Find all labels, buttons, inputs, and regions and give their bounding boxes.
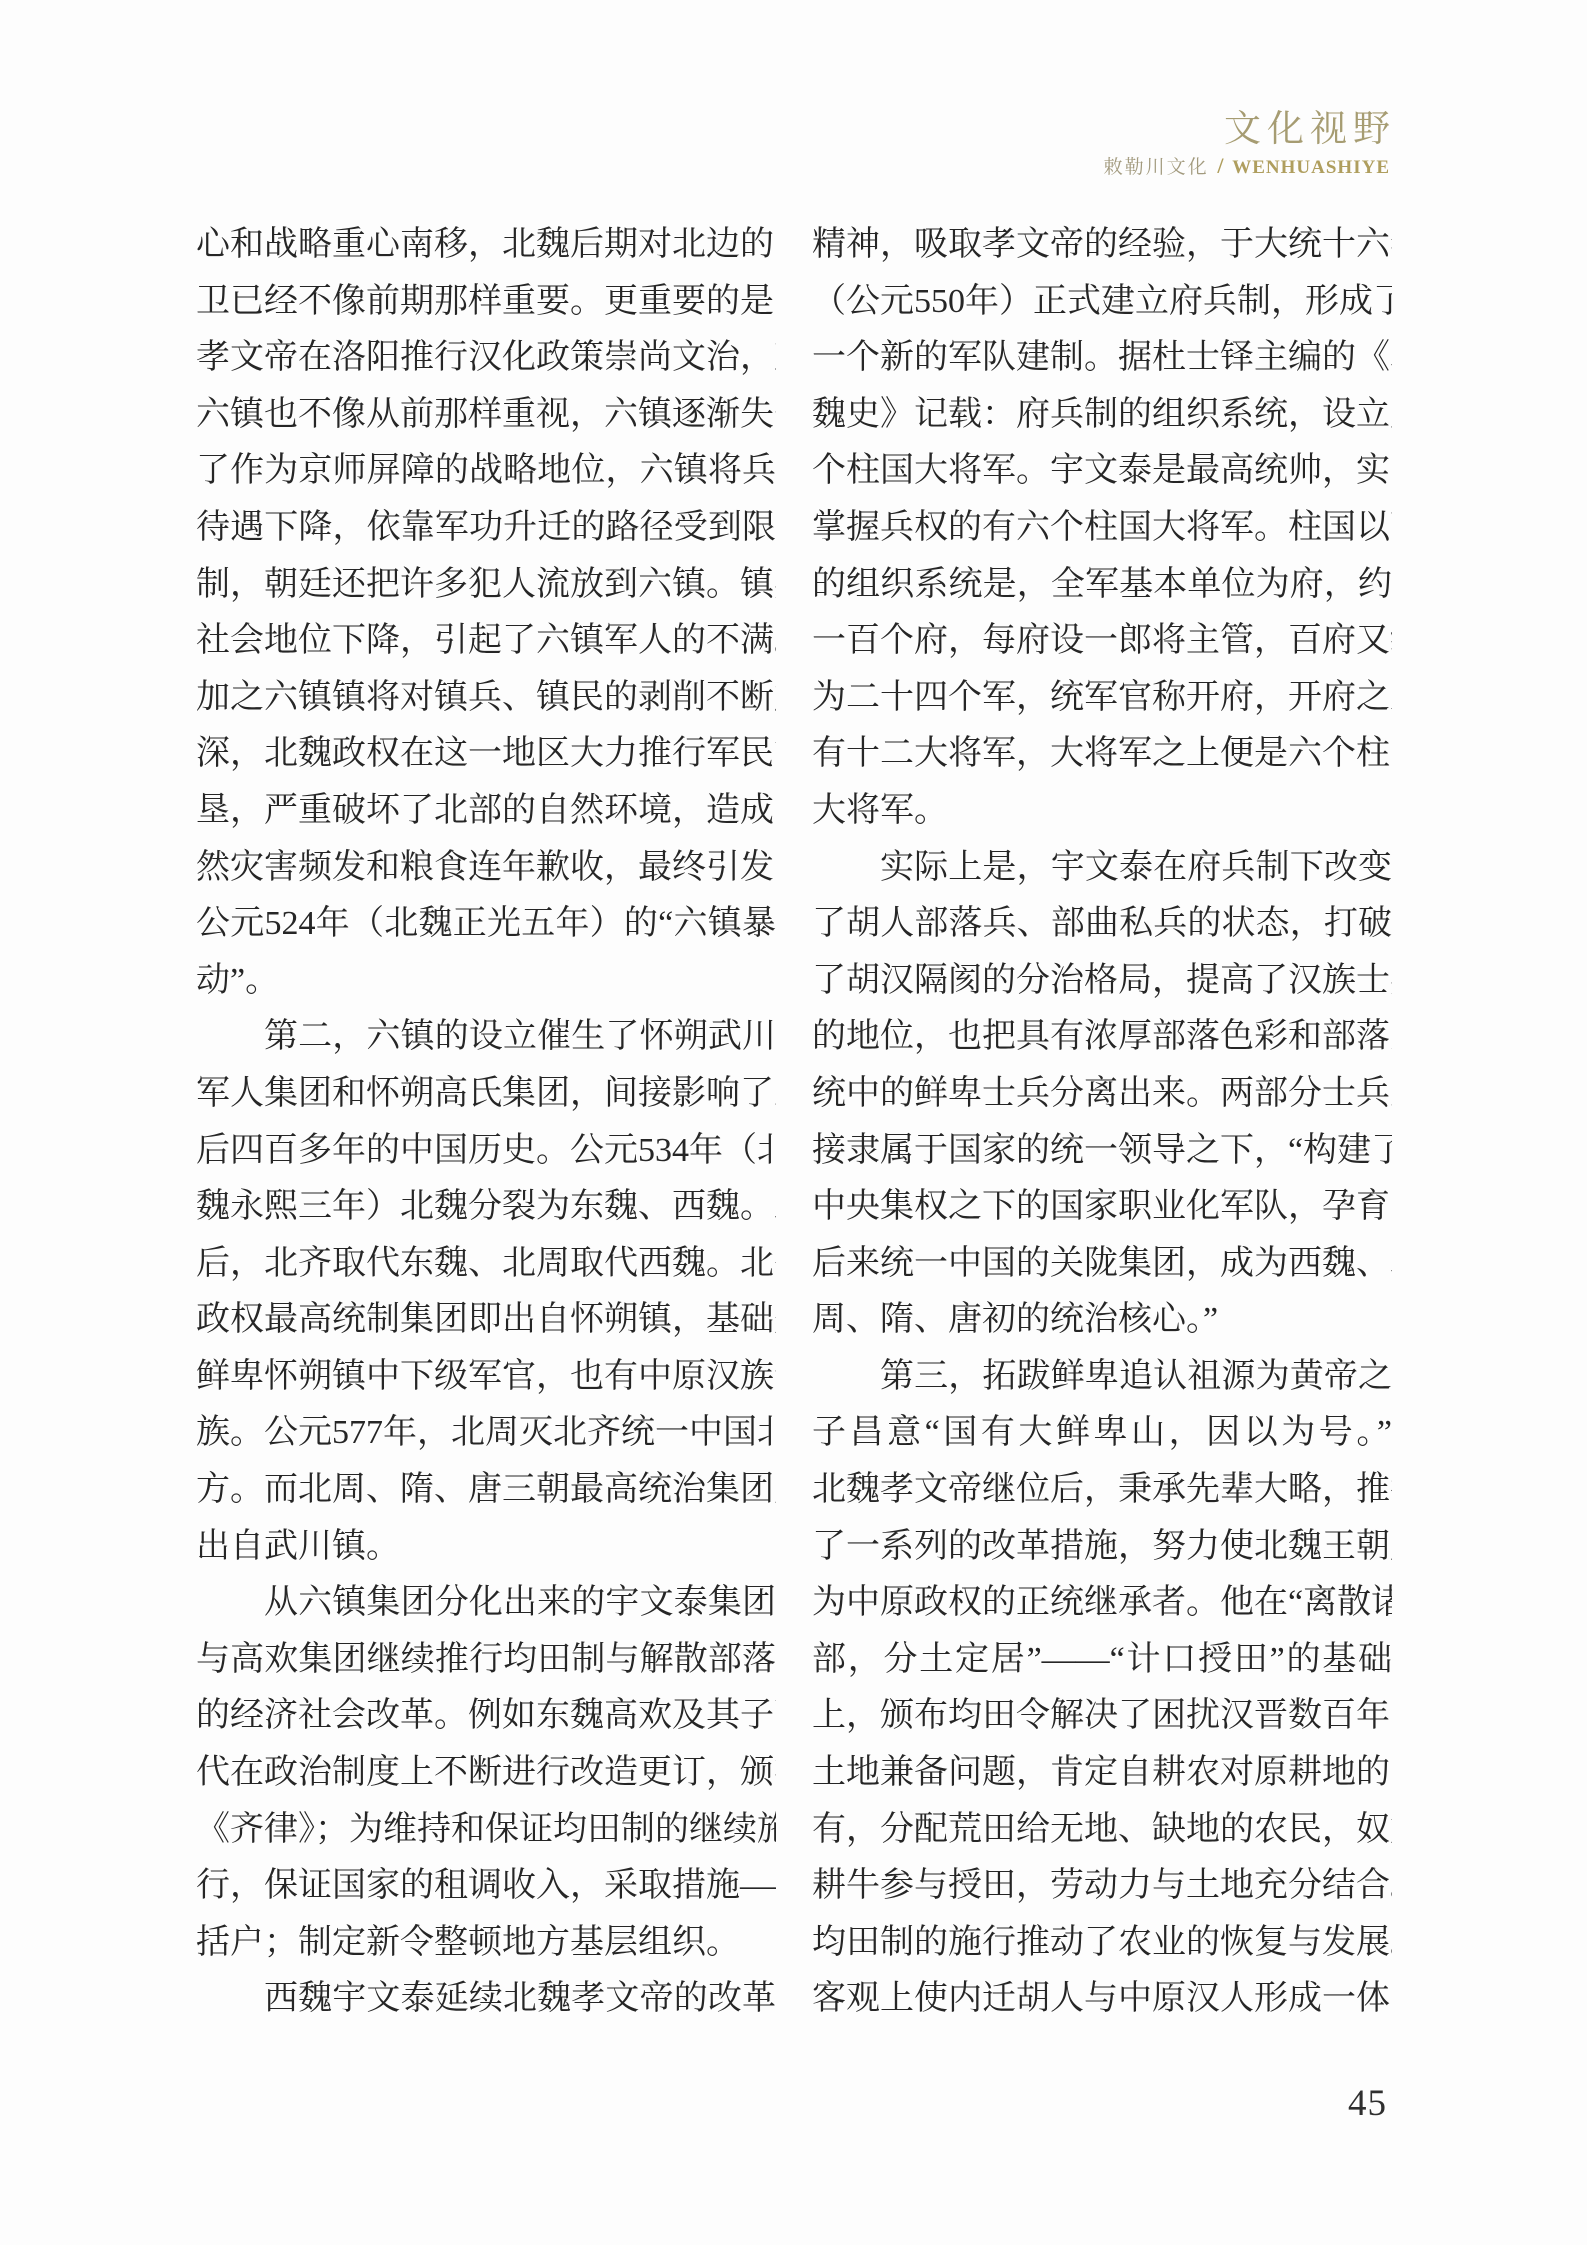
- text-line: 社会地位下降，引起了六镇军人的不满。: [196, 613, 776, 670]
- text-line: 军人集团和怀朔高氏集团，间接影响了此: [196, 1066, 776, 1123]
- text-line: 上，颁布均田令解决了困扰汉晋数百年的: [812, 1688, 1392, 1745]
- text-line: 实际上是，宇文泰在府兵制下改变: [812, 840, 1392, 897]
- text-column-left: 心和战略重心南移，北魏后期对北边的防卫已经不像前期那样重要。更重要的是，孝文帝在…: [196, 217, 776, 2028]
- text-line: 大将军。: [812, 783, 1392, 840]
- section-header: 文化视野 敕勒川文化 / WENHUASHIYE: [1104, 108, 1390, 179]
- text-column-right: 精神，吸取孝文帝的经验，于大统十六年（公元550年）正式建立府兵制，形成了一个新…: [812, 217, 1392, 2028]
- text-line: 括户；制定新令整顿地方基层组织。: [196, 1915, 776, 1972]
- text-line: 后四百多年的中国历史。公元534年（北: [196, 1123, 776, 1180]
- text-line: 然灾害频发和粮食连年歉收，最终引发了: [196, 840, 776, 897]
- text-line: 部，分土定居”——“计口授田”的基础: [812, 1632, 1392, 1689]
- text-line: 西魏宇文泰延续北魏孝文帝的改革: [196, 1971, 776, 2028]
- text-line: 的地位，也把具有浓厚部落色彩和部落系: [812, 1009, 1392, 1066]
- text-line: 第二，六镇的设立催生了怀朔武川: [196, 1009, 776, 1066]
- text-line: 垦，严重破坏了北部的自然环境，造成自: [196, 783, 776, 840]
- text-line: 加之六镇镇将对镇兵、镇民的剥削不断加: [196, 670, 776, 727]
- text-line: 后，北齐取代东魏、北周取代西魏。北齐: [196, 1236, 776, 1293]
- text-line: 统中的鲜卑士兵分离出来。两部分士兵直: [812, 1066, 1392, 1123]
- text-line: 鲜卑怀朔镇中下级军官，也有中原汉族士: [196, 1349, 776, 1406]
- text-line: （公元550年）正式建立府兵制，形成了: [812, 274, 1392, 331]
- text-line: 《齐律》；为维持和保证均田制的继续施: [196, 1802, 776, 1859]
- text-line: 为二十四个军，统军官称开府，开府之上: [812, 670, 1392, 727]
- text-line: 有十二大将军，大将军之上便是六个柱国: [812, 726, 1392, 783]
- text-line: 子昌意“国有大鲜卑山，因以为号。”: [812, 1405, 1392, 1462]
- text-line: 客观上使内迁胡人与中原汉人形成一体，: [812, 1971, 1392, 2028]
- text-line: 孝文帝在洛阳推行汉化政策崇尚文治，对: [196, 330, 776, 387]
- text-line: 方。而北周、隋、唐三朝最高统治集团则: [196, 1462, 776, 1519]
- text-line: 一个新的军队建制。据杜士铎主编的《北: [812, 330, 1392, 387]
- text-line: 魏永熙三年）北魏分裂为东魏、西魏。之: [196, 1179, 776, 1236]
- section-title: 文化视野: [1104, 108, 1396, 152]
- text-line: 魏史》记载：府兵制的组织系统，设立八: [812, 387, 1392, 444]
- text-line: 有，分配荒田给无地、缺地的农民，奴婢: [812, 1802, 1392, 1859]
- text-line: 耕牛参与授田，劳动力与土地充分结合。: [812, 1858, 1392, 1915]
- text-line: 公元524年（北魏正光五年）的“六镇暴: [196, 896, 776, 953]
- section-subtitle: 敕勒川文化 / WENHUASHIYE: [1104, 154, 1390, 179]
- subtitle-english: WENHUASHIYE: [1232, 157, 1390, 178]
- text-line: 行，保证国家的租调收入，采取措施——: [196, 1858, 776, 1915]
- text-line: 的组织系统是，全军基本单位为府，约: [812, 557, 1392, 614]
- subtitle-slash-divider: /: [1213, 153, 1227, 178]
- text-line: 政权最高统制集团即出自怀朔镇，基础是: [196, 1292, 776, 1349]
- text-line: 了作为京师屏障的战略地位，六镇将兵: [196, 443, 776, 500]
- text-line: 一百个府，每府设一郎将主管，百府又编: [812, 613, 1392, 670]
- text-line: 周、隋、唐初的统治核心。”: [812, 1292, 1392, 1349]
- subtitle-chinese: 敕勒川文化: [1104, 157, 1209, 178]
- text-line: 卫已经不像前期那样重要。更重要的是，: [196, 274, 776, 331]
- text-line: 出自武川镇。: [196, 1519, 776, 1576]
- text-line: 了胡人部落兵、部曲私兵的状态，打破: [812, 896, 1392, 953]
- text-line: 待遇下降，依靠军功升迁的路径受到限: [196, 500, 776, 557]
- text-line: 了一系列的改革措施，努力使北魏王朝成: [812, 1519, 1392, 1576]
- text-line: 代在政治制度上不断进行改造更订，颁布: [196, 1745, 776, 1802]
- text-line: 了胡汉隔阂的分治格局，提高了汉族士兵: [812, 953, 1392, 1010]
- text-line: 与高欢集团继续推行均田制与解散部落: [196, 1632, 776, 1689]
- text-line: 土地兼备问题，肯定自耕农对原耕地的占: [812, 1745, 1392, 1802]
- magazine-page: 文化视野 敕勒川文化 / WENHUASHIYE 心和战略重心南移，北魏后期对北…: [0, 0, 1587, 2245]
- text-line: 个柱国大将军。宇文泰是最高统帅，实际: [812, 443, 1392, 500]
- text-line: 从六镇集团分化出来的宇文泰集团: [196, 1575, 776, 1632]
- text-line: 均田制的施行推动了农业的恢复与发展。: [812, 1915, 1392, 1972]
- text-line: 族。公元577年，北周灭北齐统一中国北: [196, 1405, 776, 1462]
- text-line: 动”。: [196, 953, 776, 1010]
- text-line: 的经济社会改革。例如东魏高欢及其子两: [196, 1688, 776, 1745]
- text-line: 中央集权之下的国家职业化军队，孕育了: [812, 1179, 1392, 1236]
- text-line: 制，朝廷还把许多犯人流放到六镇。镇兵: [196, 557, 776, 614]
- text-line: 后来统一中国的关陇集团，成为西魏、北: [812, 1236, 1392, 1293]
- text-line: 接隶属于国家的统一领导之下，“构建了: [812, 1123, 1392, 1180]
- text-line: 掌握兵权的有六个柱国大将军。柱国以下: [812, 500, 1392, 557]
- text-line: 六镇也不像从前那样重视，六镇逐渐失去: [196, 387, 776, 444]
- text-line: 心和战略重心南移，北魏后期对北边的防: [196, 217, 776, 274]
- text-line: 为中原政权的正统继承者。他在“离散诸: [812, 1575, 1392, 1632]
- text-line: 第三，拓跋鲜卑追认祖源为黄帝之: [812, 1349, 1392, 1406]
- page-number: 45: [1348, 2082, 1387, 2125]
- text-line: 精神，吸取孝文帝的经验，于大统十六年: [812, 217, 1392, 274]
- text-line: 深，北魏政权在这一地区大力推行军民屯: [196, 726, 776, 783]
- text-line: 北魏孝文帝继位后，秉承先辈大略，推行: [812, 1462, 1392, 1519]
